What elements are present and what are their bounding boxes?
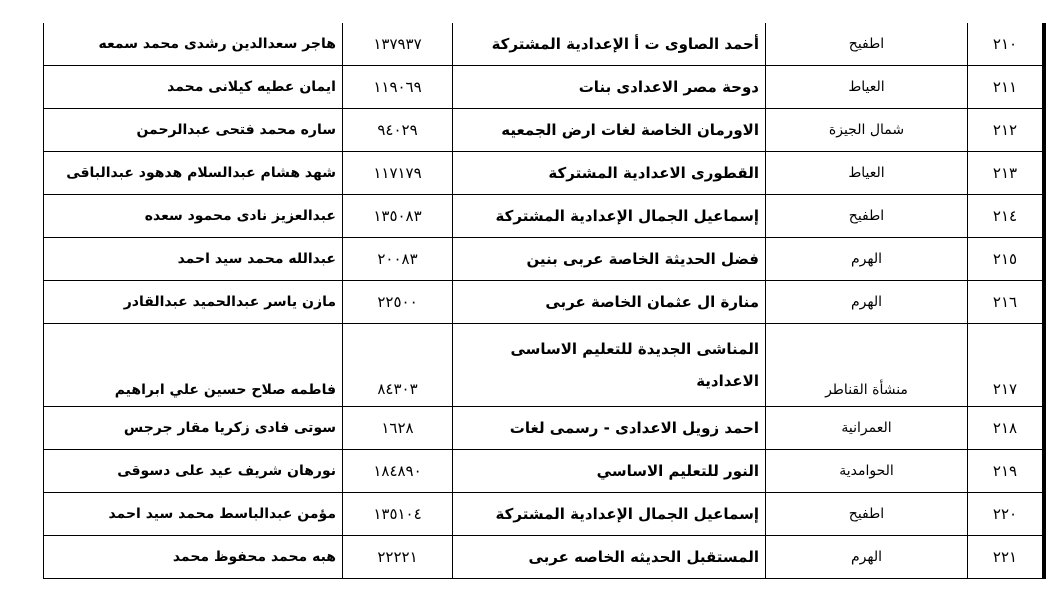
table-row: ٢١٦ الهرم منارة ال عثمان الخاصة عربى ٢٢٥… (44, 281, 1045, 324)
district-cell: شمال الجيزة (766, 109, 968, 152)
student-name-cell: عبدالله محمد سيد احمد (44, 238, 343, 281)
student-name-cell: عبدالعزيز نادى محمود سعده (44, 195, 343, 238)
school-cell: احمد زويل الاعدادى - رسمى لغات (453, 407, 766, 450)
school-cell: النور للتعليم الاساسي (453, 450, 766, 493)
district-cell: اطفيح (766, 195, 968, 238)
school-cell: فضل الحديثة الخاصة عربى بنين (453, 238, 766, 281)
table-row: ٢١١ العياط دوحة مصر الاعدادى بنات ١١٩٠٦٩… (44, 66, 1045, 109)
district-cell: الحوامدية (766, 450, 968, 493)
school-cell: المناشى الجديدة للتعليم الاساسى الاعدادي… (453, 324, 766, 407)
school-cell: المستقبل الحديثه الخاصه عربى (453, 536, 766, 579)
district-cell: العياط (766, 152, 968, 195)
school-cell: دوحة مصر الاعدادى بنات (453, 66, 766, 109)
table-row: ٢١٤ اطفيح إسماعيل الجمال الإعدادية المشت… (44, 195, 1045, 238)
school-cell: إسماعيل الجمال الإعدادية المشتركة (453, 493, 766, 536)
serial-number-cell: ٢١٥ (968, 238, 1045, 281)
code-cell: ٩٤٠٢٩ (343, 109, 453, 152)
serial-number-cell: ٢١٠ (968, 23, 1045, 66)
code-cell: ٢٠٠٨٣ (343, 238, 453, 281)
district-cell: الهرم (766, 281, 968, 324)
table-row: ٢١٠ اطفيح أحمد الصاوى ت أ الإعدادية المش… (44, 23, 1045, 66)
serial-number-cell: ٢١٩ (968, 450, 1045, 493)
student-name-cell: ايمان عطيه كيلانى محمد (44, 66, 343, 109)
district-cell: اطفيح (766, 493, 968, 536)
serial-number-cell: ٢١٢ (968, 109, 1045, 152)
serial-number-cell: ٢١٦ (968, 281, 1045, 324)
student-name-cell: شهد هشام عبدالسلام هدهود عبدالباقى (44, 152, 343, 195)
table-row: ٢١٩ الحوامدية النور للتعليم الاساسي ١٨٤٨… (44, 450, 1045, 493)
code-cell: ١١٧١٧٩ (343, 152, 453, 195)
student-name-cell: فاطمه صلاح حسين علي ابراهيم (44, 324, 343, 407)
table-row: ٢١٢ شمال الجيزة الاورمان الخاصة لغات ارض… (44, 109, 1045, 152)
student-name-cell: مازن ياسر عبدالحميد عبدالقادر (44, 281, 343, 324)
serial-number-cell: ٢١٣ (968, 152, 1045, 195)
student-name-cell: سوتى فادى زكريا مقار جرجس (44, 407, 343, 450)
code-cell: ١١٩٠٦٩ (343, 66, 453, 109)
district-cell: الهرم (766, 536, 968, 579)
serial-number-cell: ٢١٨ (968, 407, 1045, 450)
table-row: ٢١٣ العياط القطورى الاعدادية المشتركة ١١… (44, 152, 1045, 195)
code-cell: ٢٢٥٠٠ (343, 281, 453, 324)
student-name-cell: نورهان شريف عيد على دسوقى (44, 450, 343, 493)
school-cell: إسماعيل الجمال الإعدادية المشتركة (453, 195, 766, 238)
code-cell: ١٨٤٨٩٠ (343, 450, 453, 493)
district-cell: الهرم (766, 238, 968, 281)
serial-number-cell: ٢١٧ (968, 324, 1045, 407)
school-cell: القطورى الاعدادية المشتركة (453, 152, 766, 195)
code-cell: ١٣٧٩٣٧ (343, 23, 453, 66)
school-cell: الاورمان الخاصة لغات ارض الجمعيه (453, 109, 766, 152)
serial-number-cell: ٢١١ (968, 66, 1045, 109)
serial-number-cell: ٢٢٠ (968, 493, 1045, 536)
code-cell: ٨٤٣٠٣ (343, 324, 453, 407)
district-cell: العمرانية (766, 407, 968, 450)
table-row: ٢١٨ العمرانية احمد زويل الاعدادى - رسمى … (44, 407, 1045, 450)
table-row: ٢١٥ الهرم فضل الحديثة الخاصة عربى بنين ٢… (44, 238, 1045, 281)
code-cell: ١٣٥١٠٤ (343, 493, 453, 536)
school-cell: أحمد الصاوى ت أ الإعدادية المشتركة (453, 23, 766, 66)
student-name-cell: مؤمن عبدالباسط محمد سيد احمد (44, 493, 343, 536)
code-cell: ١٣٥٠٨٣ (343, 195, 453, 238)
district-cell: اطفيح (766, 23, 968, 66)
school-cell: منارة ال عثمان الخاصة عربى (453, 281, 766, 324)
code-cell: ٢٢٢٢١ (343, 536, 453, 579)
district-cell: منشأة القناطر (766, 324, 968, 407)
student-name-cell: هبه محمد محفوظ محمد (44, 536, 343, 579)
serial-number-cell: ٢٢١ (968, 536, 1045, 579)
table-row: ٢١٧ منشأة القناطر المناشى الجديدة للتعلي… (44, 324, 1045, 407)
results-table: ٢١٠ اطفيح أحمد الصاوى ت أ الإعدادية المش… (43, 23, 1046, 579)
district-cell: العياط (766, 66, 968, 109)
code-cell: ١٦٢٨ (343, 407, 453, 450)
student-name-cell: هاجر سعدالدين رشدى محمد سمعه (44, 23, 343, 66)
results-table-container: ٢١٠ اطفيح أحمد الصاوى ت أ الإعدادية المش… (43, 23, 1046, 579)
student-name-cell: ساره محمد فتحى عبدالرحمن (44, 109, 343, 152)
table-row: ٢٢٠ اطفيح إسماعيل الجمال الإعدادية المشت… (44, 493, 1045, 536)
table-row: ٢٢١ الهرم المستقبل الحديثه الخاصه عربى ٢… (44, 536, 1045, 579)
serial-number-cell: ٢١٤ (968, 195, 1045, 238)
